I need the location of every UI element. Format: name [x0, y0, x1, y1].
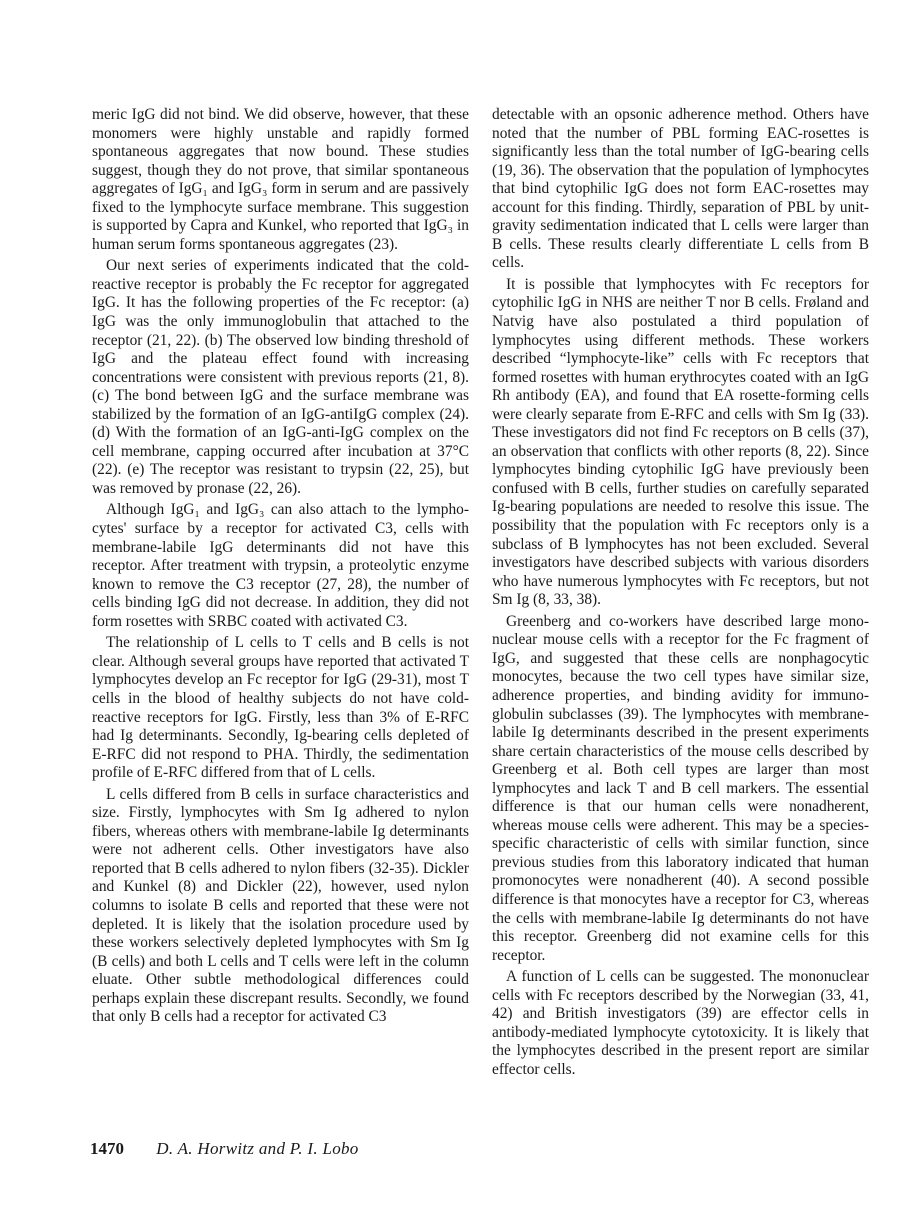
paragraph: It is possible that lymphocytes with Fc … [492, 276, 869, 610]
paragraph: Although IgG₁ and IgG₃ can also attach t… [92, 501, 469, 631]
paragraph: Greenberg and co-workers have described … [492, 613, 869, 965]
paragraph: detectable with an opsonic adherence met… [492, 106, 869, 273]
right-column: detectable with an opsonic adherence met… [492, 106, 869, 1082]
paragraph: meric IgG did not bind. We did observe, … [92, 106, 469, 254]
document-page: meric IgG did not bind. We did observe, … [0, 0, 907, 1228]
paragraph: L cells differed from B cells in surface… [92, 786, 469, 1027]
page-footer: 1470 D. A. Horwitz and P. I. Lobo [90, 1139, 359, 1159]
left-column: meric IgG did not bind. We did observe, … [92, 106, 469, 1030]
running-head-authors: D. A. Horwitz and P. I. Lobo [156, 1139, 358, 1158]
paragraph: A function of L cells can be suggested. … [492, 968, 869, 1079]
paragraph: Our next series of experiments indicated… [92, 257, 469, 498]
page-number: 1470 [90, 1139, 152, 1159]
paragraph: The relationship of L cells to T cells a… [92, 634, 469, 782]
